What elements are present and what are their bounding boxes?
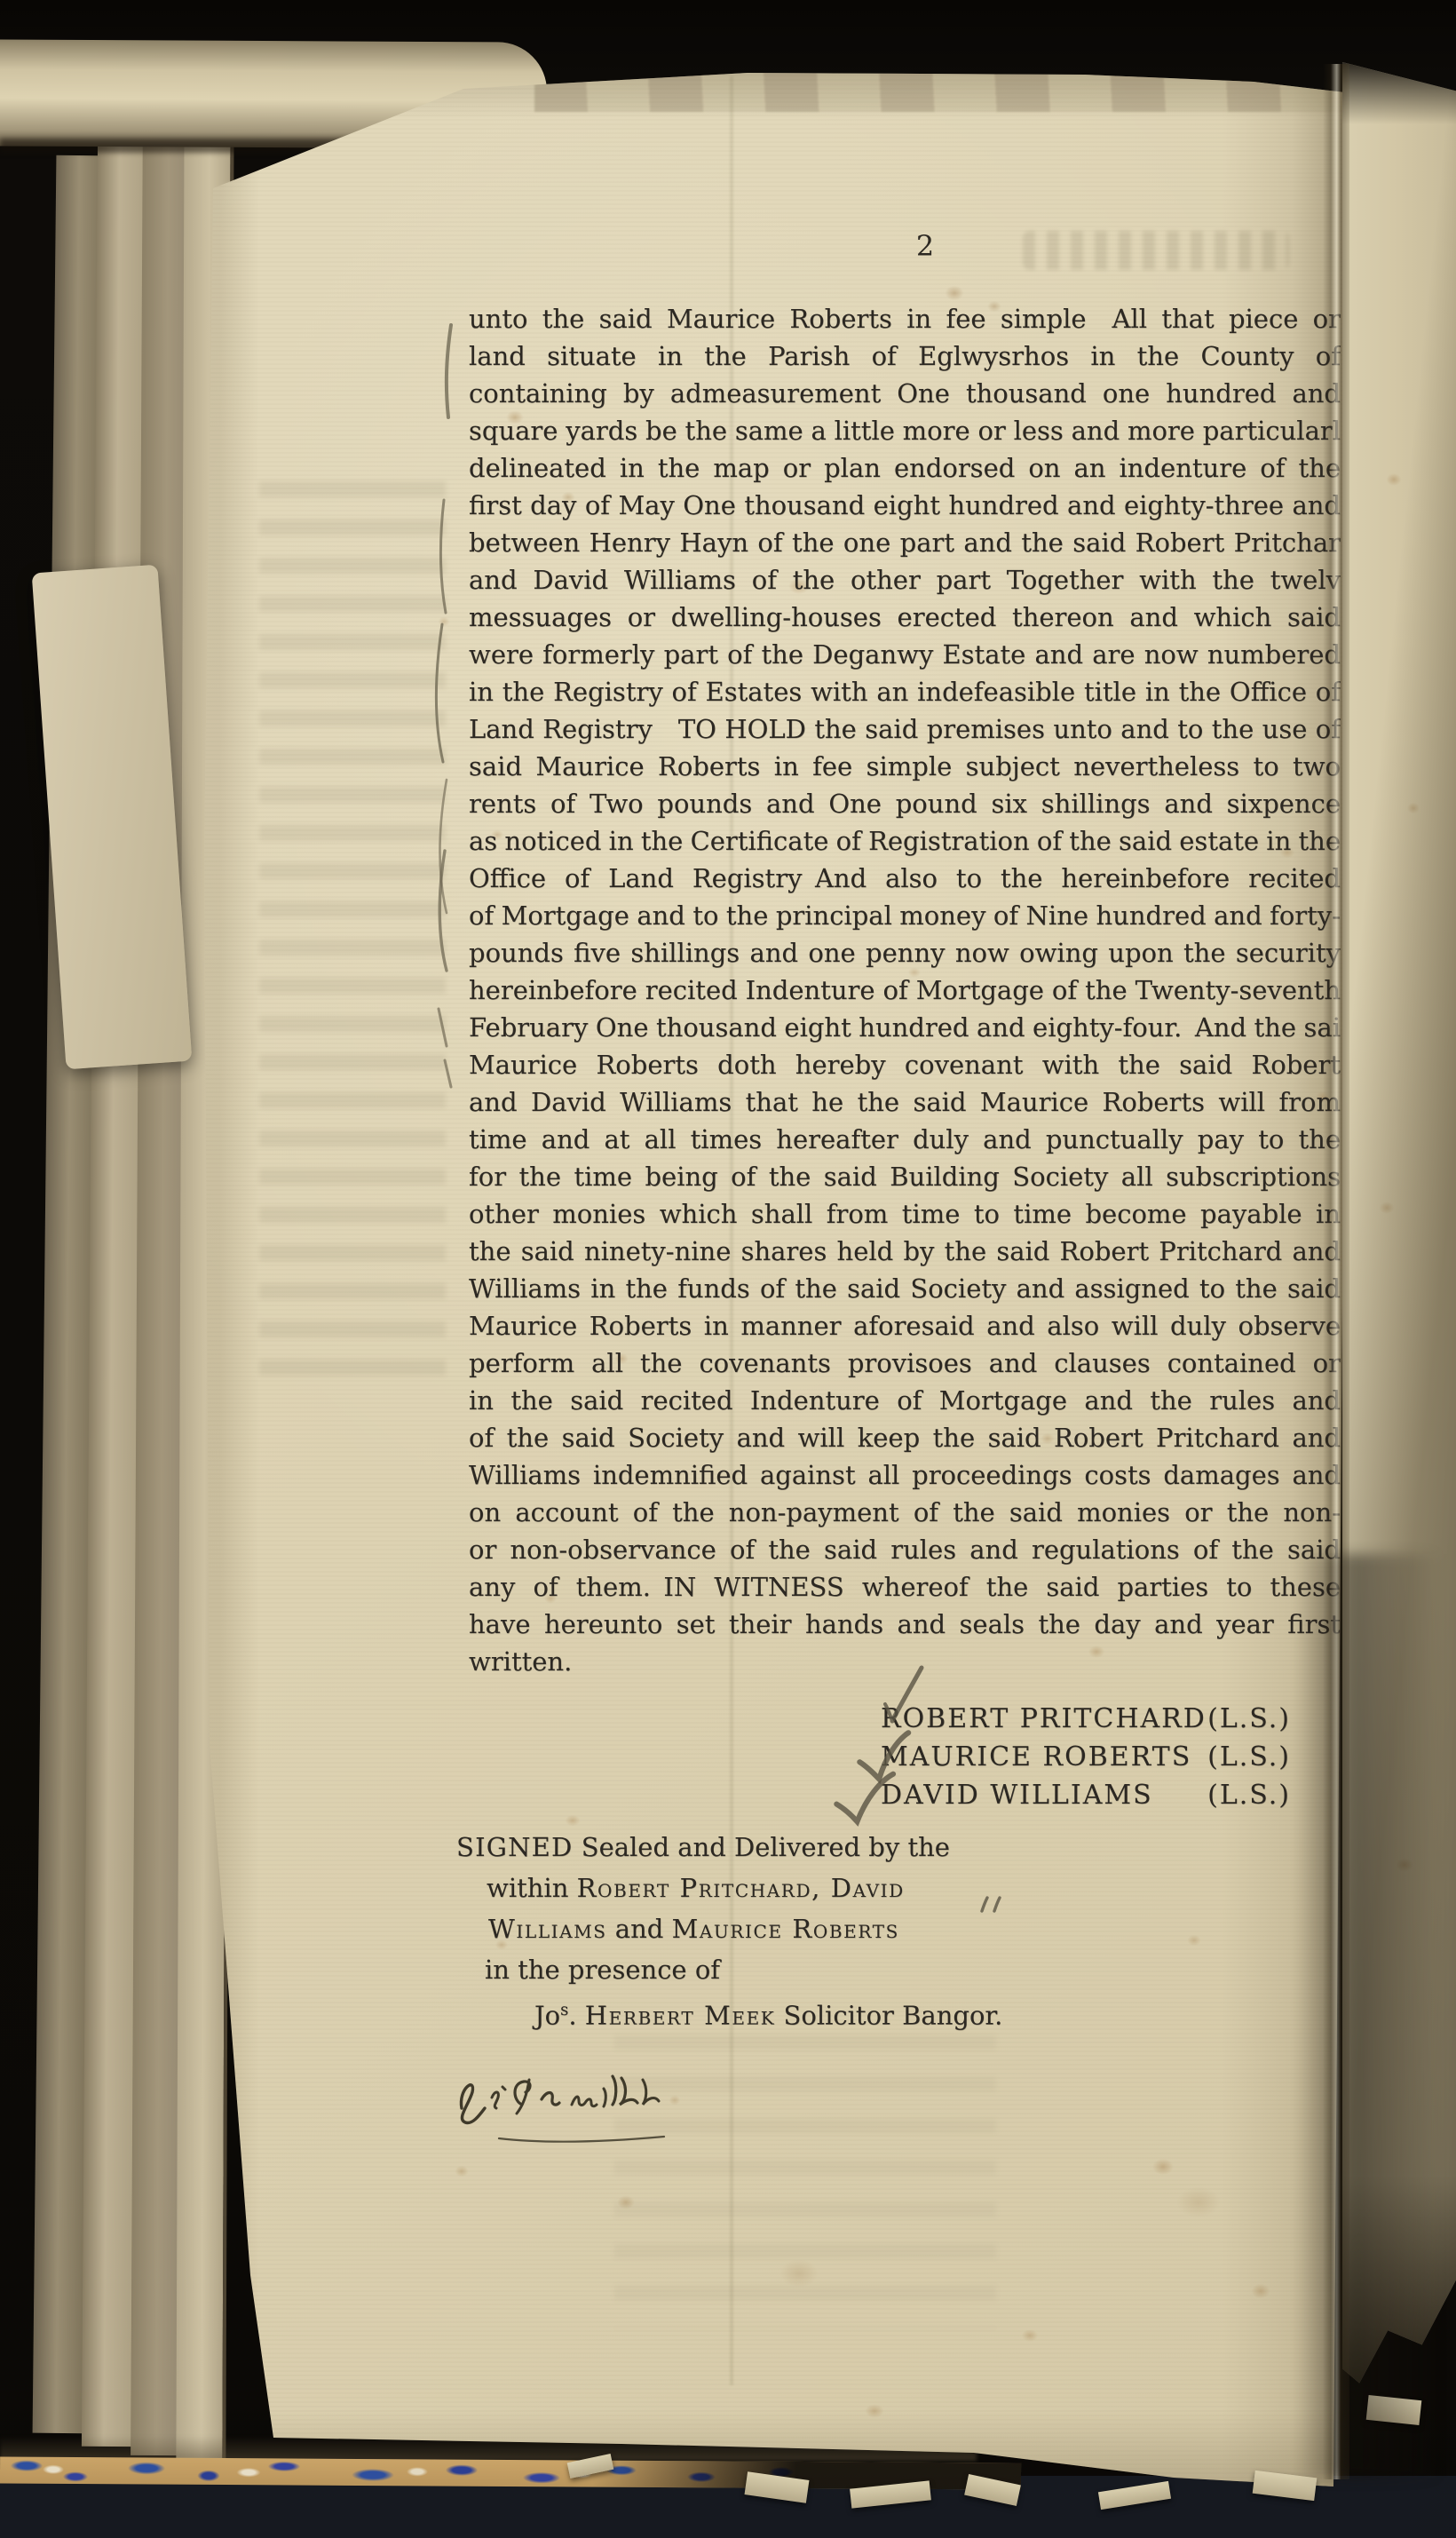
deed-line: February One thousand eight hundred and …	[469, 1009, 1341, 1046]
deed-line: delineated in the map or plan endorsed o…	[469, 449, 1341, 487]
deed-line: Office of Land Registry And also to the …	[469, 860, 1341, 897]
attestation-text: Sealed and Delivered by the	[573, 1832, 949, 1862]
signatory-name: MAURICE ROBERTS	[881, 1738, 1191, 1776]
deed-line: perform all the covenants provisoes and …	[469, 1344, 1341, 1382]
deed-line: land situate in the Parish of Eglwysrhos…	[469, 337, 1341, 375]
signature-block: ROBERT PRITCHARD(L.S.)MAURICE ROBERTS(L.…	[881, 1700, 1291, 1814]
attestation-text: within	[487, 1873, 577, 1903]
document-page: 2 unto the said Maurice Roberts in fee s…	[197, 55, 1345, 2492]
deed-line: Maurice Roberts in manner aforesaid and …	[469, 1307, 1341, 1344]
torn-top-edge	[534, 69, 1342, 112]
signatory-name: ROBERT PRITCHARD	[881, 1700, 1207, 1738]
deed-line: and David Williams of the other part Tog…	[469, 561, 1341, 599]
deed-line: on account of the non-payment of the sai…	[469, 1494, 1341, 1531]
deed-line: and David Williams that he the said Maur…	[469, 1083, 1341, 1121]
deed-line: unto the said Maurice Roberts in fee sim…	[469, 300, 1341, 337]
attestation-text: s	[560, 2001, 568, 2019]
seal-label: (L.S.)	[1207, 1776, 1291, 1814]
attestation-text: Solicitor Bangor.	[775, 2001, 1002, 2031]
pencil-checkmark-icon	[830, 1771, 903, 1829]
deed-line: containing by admeasurement One thousand…	[469, 375, 1341, 412]
attestation-text: SIGNED	[456, 1832, 573, 1862]
deed-line: in the Registry of Estates with an indef…	[469, 673, 1341, 710]
deed-line: between Henry Hayn of the one part and t…	[469, 524, 1341, 561]
attestation-text: .	[568, 2001, 584, 2031]
attestation-text: Williams	[488, 1914, 607, 1944]
seal-label: (L.S.)	[1207, 1738, 1291, 1776]
deed-line: Williams indemnified against all proceed…	[469, 1456, 1341, 1494]
attestation-text: Maurice Roberts	[672, 1914, 899, 1944]
deed-line: time and at all times hereafter duly and…	[469, 1121, 1341, 1158]
deed-body: unto the said Maurice Roberts in fee sim…	[469, 300, 1341, 1680]
deed-line: any of them. IN WITNESS whereof the said…	[469, 1568, 1341, 1606]
deed-line: hereinbefore recited Indenture of Mortga…	[469, 972, 1341, 1009]
signatory-name: DAVID WILLIAMS	[881, 1776, 1153, 1814]
attestation-block: SIGNED Sealed and Delivered by thewithin…	[456, 1827, 1002, 2031]
deed-line: Williams in the funds of the said Societ…	[469, 1270, 1341, 1307]
deed-line: of Mortgage and to the principal money o…	[469, 897, 1341, 934]
deed-line: other monies which shall from time to ti…	[469, 1195, 1341, 1233]
pencil-ditto-marks-icon	[975, 1892, 1007, 1916]
deed-line: said Maurice Roberts in fee simple subje…	[469, 748, 1341, 785]
attestation-line: within Robert Pritchard, David	[487, 1868, 1002, 1908]
page-number: 2	[898, 229, 952, 263]
signature-row: DAVID WILLIAMS(L.S.)	[881, 1776, 1291, 1814]
deed-line: or non-observance of the said rules and …	[469, 1531, 1341, 1568]
deed-line: pounds five shillings and one penny now …	[469, 934, 1341, 972]
deed-line: messuages or dwelling-houses erected the…	[469, 599, 1341, 636]
attestation-text: Robert Pritchard, David	[577, 1873, 905, 1903]
deed-line: first day of May One thousand eight hund…	[469, 487, 1341, 524]
signature-row: MAURICE ROBERTS(L.S.)	[881, 1738, 1291, 1776]
deed-line: of the said Society and will keep the sa…	[469, 1419, 1341, 1456]
deed-line: in the said recited Indenture of Mortgag…	[469, 1382, 1341, 1419]
deed-line: square yards be the same a little more o…	[469, 412, 1341, 449]
gutter-shadow	[1298, 1554, 1440, 2478]
attestation-text: Jo	[534, 2001, 560, 2031]
deed-line: for the time being of the said Building …	[469, 1158, 1341, 1195]
deed-line: as noticed in the Certificate of Registr…	[469, 822, 1341, 860]
attestation-line: in the presence of	[485, 1949, 1002, 1990]
attestation-text: and	[607, 1914, 672, 1944]
deed-line: Maurice Roberts doth hereby covenant wit…	[469, 1046, 1341, 1083]
pencil-checkmark-icon	[882, 1664, 929, 1733]
attestation-line: SIGNED Sealed and Delivered by the	[456, 1827, 1002, 1868]
signature-row: ROBERT PRITCHARD(L.S.)	[881, 1700, 1291, 1738]
pencil-margin-strokes-icon	[423, 318, 479, 1135]
deed-line: the said ninety-nine shares held by the …	[469, 1233, 1341, 1270]
seal-label: (L.S.)	[1207, 1700, 1291, 1738]
deed-line: were formerly part of the Deganwy Estate…	[469, 636, 1341, 673]
attestation-text: Herbert Meek	[585, 2001, 776, 2031]
show-through-text-top	[1023, 231, 1289, 270]
deed-line: Land Registry TO HOLD the said premises …	[469, 710, 1341, 748]
scanned-deed-page: { "page": { "number": "2", "lines": [ "u…	[0, 0, 1456, 2538]
deed-line: have hereunto set their hands and seals …	[469, 1606, 1341, 1643]
ink-signature-icon	[446, 2053, 730, 2160]
attestation-text: in the presence of	[485, 1955, 720, 1985]
show-through-text-left	[259, 481, 446, 1396]
attestation-line: Williams and Maurice Roberts	[488, 1908, 1002, 1949]
attestation-line: Jos. Herbert Meek Solicitor Bangor.	[534, 1990, 1002, 2031]
deed-line: rents of Two pounds and One pound six sh…	[469, 785, 1341, 822]
